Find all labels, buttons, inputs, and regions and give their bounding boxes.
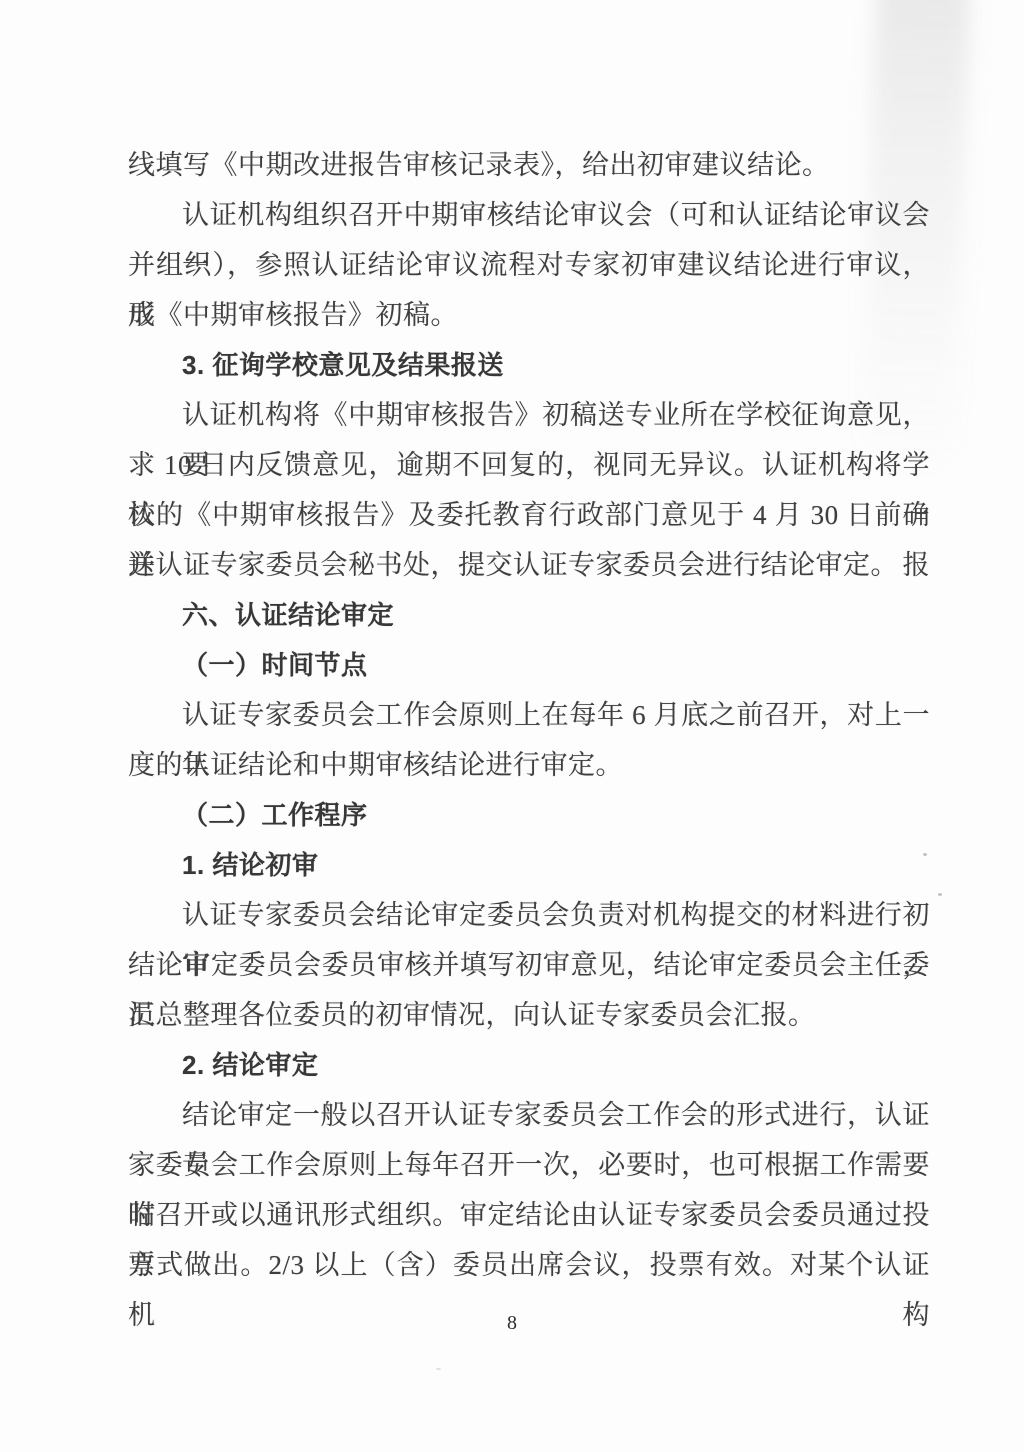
text-line: 认证专家委员会工作会原则上在每年 6 月底之前召开，对上一年 — [128, 690, 930, 740]
text-line: 认证专家委员会结论审定委员会负责对机构提交的材料进行初审， — [128, 890, 930, 940]
text-block: 线填写《中期改进报告审核记录表》，给出初审建议结论。认证机构组织召开中期审核结论… — [128, 140, 930, 1290]
text-line: 求 10 日内反馈意见，逾期不回复的，视同无异议。认证机构将学校确 — [128, 440, 930, 490]
text-line: 方式做出。2/3 以上（含）委员出席会议，投票有效。对某个认证机构 — [128, 1240, 930, 1290]
text-line: 送认证专家委员会秘书处，提交认证专家委员会进行结论审定。 — [128, 540, 930, 590]
page-number: 8 — [0, 1312, 1024, 1335]
text-line: 结论审定委员会委员审核并填写初审意见，结论审定委员会主任委员 — [128, 940, 930, 990]
text-line: 成《中期审核报告》初稿。 — [128, 290, 930, 340]
text-line: 认证机构将《中期审核报告》初稿送专业所在学校征询意见，要 — [128, 390, 930, 440]
heading-line: 3. 征询学校意见及结果报送 — [128, 340, 930, 390]
text-line: 时召开或以通讯形式组织。审定结论由认证专家委员会委员通过投票 — [128, 1190, 930, 1240]
text-line: 家委员会工作会原则上每年召开一次，必要时，也可根据工作需要临 — [128, 1140, 930, 1190]
scan-speck — [436, 1368, 441, 1370]
document-page: 线填写《中期改进报告审核记录表》，给出初审建议结论。认证机构组织召开中期审核结论… — [0, 0, 1024, 1452]
text-line: 并组织），参照认证结论审议流程对专家初审建议结论进行审议，形 — [128, 240, 930, 290]
heading-line: 六、认证结论审定 — [128, 590, 930, 640]
heading-line: （二）工作程序 — [128, 790, 930, 840]
heading-line: 2. 结论审定 — [128, 1040, 930, 1090]
text-line: 结论审定一般以召开认证专家委员会工作会的形式进行，认证专 — [128, 1090, 930, 1140]
heading-line: （一）时间节点 — [128, 640, 930, 690]
text-line: 认的《中期审核报告》及委托教育行政部门意见于 4 月 30 日前一并报 — [128, 490, 930, 540]
text-line: 度的认证结论和中期审核结论进行审定。 — [128, 740, 930, 790]
heading-line: 1. 结论初审 — [128, 840, 930, 890]
text-line: 线填写《中期改进报告审核记录表》，给出初审建议结论。 — [128, 140, 930, 190]
scan-speck — [938, 893, 942, 896]
text-line: 认证机构组织召开中期审核结论审议会（可和认证结论审议会一 — [128, 190, 930, 240]
text-line: 汇总整理各位委员的初审情况，向认证专家委员会汇报。 — [128, 990, 930, 1040]
